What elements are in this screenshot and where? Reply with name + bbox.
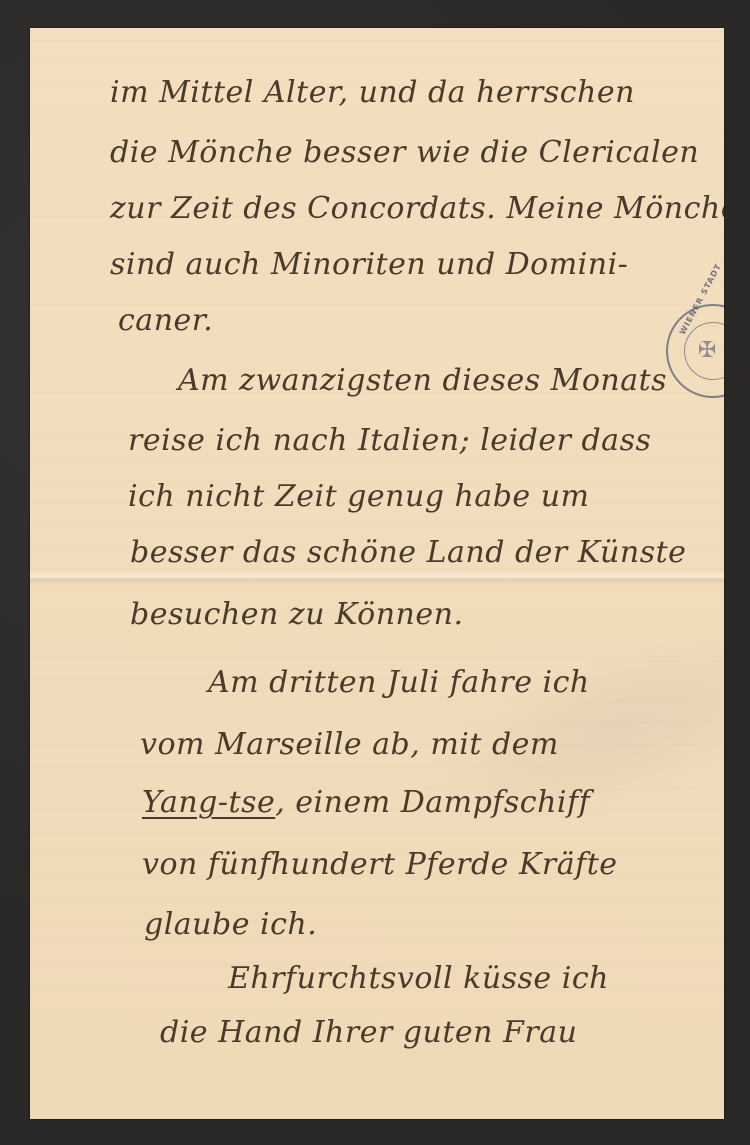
paper-fold-crease bbox=[30, 571, 724, 585]
archive-stamp: WIENER STADT ✠ bbox=[666, 304, 724, 398]
ship-name: Yang-tse bbox=[142, 785, 275, 820]
text-line-14: von fünfhundert Pferde Kräfte bbox=[142, 850, 618, 880]
eagle-icon: ✠ bbox=[698, 338, 716, 363]
letter-page: im Mittel Alter, und da herrschen die Mö… bbox=[30, 28, 724, 1119]
text-line-9: besser das schöne Land der Künste bbox=[130, 538, 686, 568]
text-line-4: sind auch Minoriten und Domini- bbox=[110, 250, 628, 280]
text-line-13: Yang-tse, einem Dampfschiff bbox=[142, 788, 590, 818]
text-line-7: reise ich nach Italien; leider dass bbox=[128, 426, 651, 456]
text-line-3: zur Zeit des Concordats. Meine Mönche bbox=[110, 194, 724, 224]
text-line-16: Ehrfurchtsvoll küsse ich bbox=[228, 964, 609, 994]
text-line-5: caner. bbox=[118, 306, 213, 336]
text-line-17: die Hand Ihrer guten Frau bbox=[160, 1018, 577, 1048]
text-line-15: glaube ich. bbox=[144, 910, 317, 940]
text-line-6: Am zwanzigsten dieses Monats bbox=[178, 366, 667, 396]
text-line-1: im Mittel Alter, und da herrschen bbox=[110, 78, 635, 108]
text-line-2: die Mönche besser wie die Clericalen bbox=[110, 138, 699, 168]
ship-description: , einem Dampfschiff bbox=[275, 785, 590, 820]
text-line-11: Am dritten Juli fahre ich bbox=[208, 668, 590, 698]
text-line-10: besuchen zu Können. bbox=[130, 600, 464, 630]
text-line-8: ich nicht Zeit genug habe um bbox=[128, 482, 589, 512]
text-line-12: vom Marseille ab, mit dem bbox=[140, 730, 559, 760]
